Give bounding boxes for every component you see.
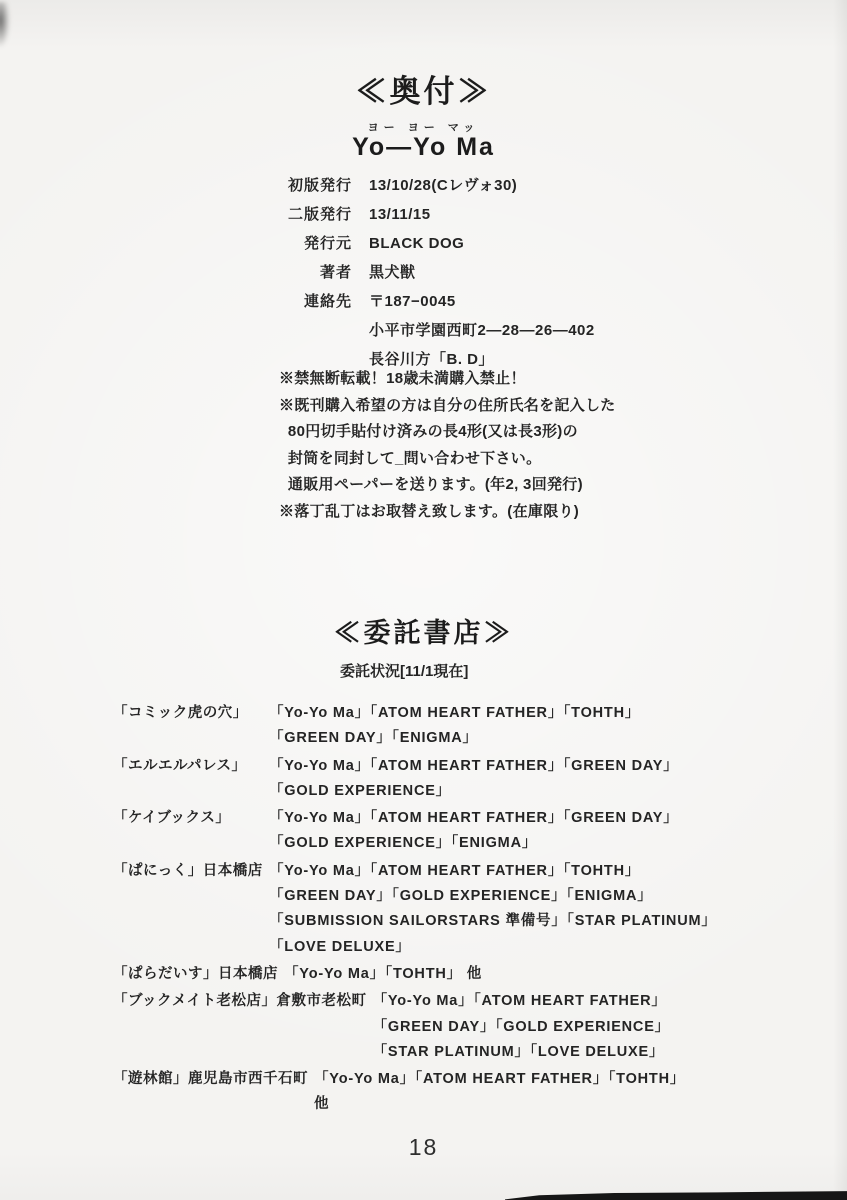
info-label: 発行元 — [0, 229, 352, 258]
info-label: 連絡先 — [0, 287, 352, 316]
store-title-line: 「Yo-Yo Ma」「ATOM HEART FATHER」「GREEN DAY」 — [269, 754, 679, 779]
store-title-line: 「Yo-Yo Ma」「ATOM HEART FATHER」「TOHTH」 — [269, 701, 640, 726]
consignment-status: 委託状況[11/1現在] — [340, 660, 468, 681]
note-line: 通販用ペーパーを送ります。(年2, 3回発行) — [279, 472, 616, 499]
scan-smudge-top-left — [0, 2, 10, 48]
info-value: BLACK DOG — [352, 229, 464, 258]
store-row: 「ケイブックス」「Yo-Yo Ma」「ATOM HEART FATHER」「GR… — [113, 806, 813, 857]
store-title-line: 「GREEN DAY」「ENIGMA」 — [269, 726, 640, 751]
store-titles: 「Yo-Yo Ma」「ATOM HEART FATHER」「TOHTH」他 — [314, 1067, 685, 1118]
book-title: Yo—Yo Ma — [0, 133, 847, 162]
info-label — [0, 316, 352, 345]
store-name: 「ぱにっく」日本橋店 — [113, 859, 269, 960]
store-name: 「ケイブックス」 — [113, 806, 269, 857]
store-name: 「ぱらだいす」日本橋店 — [113, 962, 284, 987]
store-title-line: 「LOVE DELUXE」 — [269, 935, 717, 960]
store-title-line: 「GOLD EXPERIENCE」 — [269, 779, 679, 804]
publication-info: 初版発行13/10/28(Cレヴォ30)二版発行13/11/15発行元BLACK… — [0, 171, 847, 374]
store-title-line: 「Yo-Yo Ma」「ATOM HEART FATHER」「TOHTH」 — [269, 859, 717, 884]
store-list: 「コミック虎の穴」「Yo-Yo Ma」「ATOM HEART FATHER」「T… — [113, 701, 813, 1120]
info-value: 〒187−0045 — [352, 287, 456, 316]
store-titles: 「Yo-Yo Ma」「ATOM HEART FATHER」「TOHTH」「GRE… — [269, 859, 717, 960]
scanned-page: ≪奥付≫ ヨー ヨー マッ Yo—Yo Ma 初版発行13/10/28(Cレヴォ… — [0, 0, 847, 1200]
info-label: 著者 — [0, 258, 352, 287]
info-row: 初版発行13/10/28(Cレヴォ30) — [0, 171, 847, 200]
store-title-line: 「GREEN DAY」「GOLD EXPERIENCE」 — [373, 1015, 670, 1040]
consignment-title: ≪委託書店≫ — [0, 611, 847, 650]
store-titles: 「Yo-Yo Ma」「ATOM HEART FATHER」「GREEN DAY」… — [373, 989, 670, 1065]
store-name: 「コミック虎の穴」 — [113, 701, 269, 752]
store-row: 「ぱらだいす」日本橋店「Yo-Yo Ma」「TOHTH」 他 — [113, 962, 813, 987]
store-title-line: 「STAR PLATINUM」「LOVE DELUXE」 — [373, 1040, 670, 1065]
store-title-line: 「Yo-Yo Ma」「ATOM HEART FATHER」「GREEN DAY」 — [269, 806, 679, 831]
info-value: 13/11/15 — [352, 200, 431, 229]
info-value: 13/10/28(Cレヴォ30) — [352, 171, 517, 200]
note-line: 80円切手貼付け済みの長4形(又は長3形)の — [279, 419, 616, 446]
store-titles: 「Yo-Yo Ma」「ATOM HEART FATHER」「GREEN DAY」… — [269, 754, 679, 805]
info-row: 著者黒犬獣 — [0, 258, 847, 287]
store-titles: 「Yo-Yo Ma」「TOHTH」 他 — [284, 962, 482, 987]
store-title-line: 「SUBMISSION SAILORSTARS 準備号」「STAR PLATIN… — [269, 909, 717, 934]
colophon-title: ≪奥付≫ — [0, 66, 847, 111]
store-row: 「エルエルパレス」「Yo-Yo Ma」「ATOM HEART FATHER」「G… — [113, 754, 813, 805]
page-number: 18 — [0, 1134, 847, 1161]
note-line: ※既刊購入希望の方は自分の住所氏名を記入した — [279, 393, 616, 420]
notes-block: ※禁無断転載！18歳未満購入禁止！※既刊購入希望の方は自分の住所氏名を記入した … — [279, 366, 616, 525]
info-row: 発行元BLACK DOG — [0, 229, 847, 258]
store-title-line: 「GOLD EXPERIENCE」「ENIGMA」 — [269, 831, 679, 856]
note-line: ※落丁乱丁はお取替え致します。(在庫限り) — [279, 499, 616, 526]
info-value: 黒犬獣 — [352, 258, 416, 287]
store-name: 「エルエルパレス」 — [113, 754, 269, 805]
store-row: 「遊林館」鹿児島市西千石町「Yo-Yo Ma」「ATOM HEART FATHE… — [113, 1067, 813, 1118]
info-row: 小平市学園西町2—28—26—402 — [0, 316, 847, 345]
scan-bar-bottom-right — [505, 1188, 847, 1200]
store-titles: 「Yo-Yo Ma」「ATOM HEART FATHER」「GREEN DAY」… — [269, 806, 679, 857]
store-title-line: 「GREEN DAY」「GOLD EXPERIENCE」「ENIGMA」 — [269, 884, 717, 909]
store-row: 「コミック虎の穴」「Yo-Yo Ma」「ATOM HEART FATHER」「T… — [113, 701, 813, 752]
store-title-line: 「Yo-Yo Ma」「ATOM HEART FATHER」「TOHTH」 — [314, 1067, 685, 1092]
info-label: 二版発行 — [0, 200, 352, 229]
info-row: 二版発行13/11/15 — [0, 200, 847, 229]
store-row: 「ブックメイト老松店」倉敷市老松町「Yo-Yo Ma」「ATOM HEART F… — [113, 989, 813, 1065]
store-row: 「ぱにっく」日本橋店「Yo-Yo Ma」「ATOM HEART FATHER」「… — [113, 859, 813, 960]
info-label: 初版発行 — [0, 171, 352, 200]
store-title-line: 「Yo-Yo Ma」「TOHTH」 他 — [284, 962, 482, 987]
note-line: 封筒を同封して_問い合わせ下さい。 — [279, 446, 616, 473]
store-title-line: 「Yo-Yo Ma」「ATOM HEART FATHER」 — [373, 989, 670, 1014]
note-line: ※禁無断転載！18歳未満購入禁止！ — [279, 366, 616, 393]
store-name: 「遊林館」鹿児島市西千石町 — [113, 1067, 314, 1118]
info-row: 連絡先〒187−0045 — [0, 287, 847, 316]
store-name: 「ブックメイト老松店」倉敷市老松町 — [113, 989, 373, 1065]
store-titles: 「Yo-Yo Ma」「ATOM HEART FATHER」「TOHTH」「GRE… — [269, 701, 640, 752]
info-value: 小平市学園西町2—28—26—402 — [352, 316, 595, 345]
store-title-line: 他 — [314, 1092, 685, 1117]
